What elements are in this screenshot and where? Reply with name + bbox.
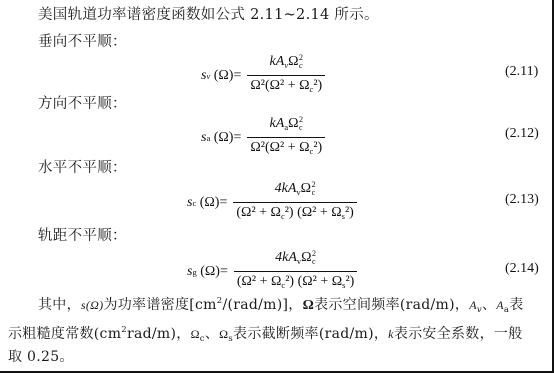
equation-lhs: sa (Ω)=	[201, 130, 241, 146]
equation-number: (2.12)	[505, 126, 539, 142]
equation-lhs: sv (Ω)=	[201, 68, 241, 84]
equation-number: (2.11)	[505, 64, 538, 80]
equation-2-12: sa (Ω)= kAaΩ2c Ω²(Ω² + Ωc²)	[201, 115, 325, 160]
numerator: 4kAvΩ2c	[272, 249, 319, 271]
denominator: Ω²(Ω² + Ωc²)	[247, 137, 325, 160]
numerator: kAaΩ2c	[267, 115, 306, 137]
equation-number: (2.13)	[505, 192, 539, 208]
document-page: 美国轨道功率谱密度函数如公式 2.11~2.14 所示。 垂向不平顺： sv (…	[0, 0, 554, 373]
explanation-line-3: 取 0.25。	[8, 348, 74, 366]
numerator: 4kAvΩ2c	[272, 180, 319, 202]
section-label-alignment: 方向不平顺：	[38, 95, 127, 113]
equation-fraction: 4kAvΩ2c (Ω² + Ωc²) (Ω² + Ωs²)	[234, 249, 357, 294]
denominator: (Ω² + Ωc²) (Ω² + Ωs²)	[234, 271, 357, 294]
equation-fraction: 4kAvΩ2c (Ω² + Ωc²) (Ω² + Ωs²)	[233, 180, 356, 225]
section-label-cross-level: 水平不平顺：	[38, 159, 127, 177]
equation-2-14: sg (Ω)= 4kAvΩ2c (Ω² + Ωc²) (Ω² + Ωs²)	[187, 249, 357, 294]
denominator: Ω²(Ω² + Ωc²)	[247, 75, 325, 98]
intro-text: 美国轨道功率谱密度函数如公式 2.11~2.14 所示。	[38, 6, 379, 24]
explanation-line-1: 其中，s(Ω)为功率谱密度[cm2/(rad/m)]，Ω表示空间频率(rad/m…	[38, 292, 524, 319]
numerator: kAvΩ2c	[267, 53, 306, 75]
equation-fraction: kAaΩ2c Ω²(Ω² + Ωc²)	[247, 115, 325, 160]
denominator: (Ω² + Ωc²) (Ω² + Ωs²)	[233, 202, 356, 225]
equation-fraction: kAvΩ2c Ω²(Ω² + Ωc²)	[247, 53, 325, 98]
explanation-line-2: 示粗糙度常数(cm2rad/m)，Ωc、Ωs表示截断频率(rad/m)，k表示安…	[8, 321, 523, 348]
equation-number: (2.14)	[505, 261, 539, 277]
section-label-gauge: 轨距不平顺：	[38, 227, 127, 245]
equation-2-13: sc (Ω)= 4kAvΩ2c (Ω² + Ωc²) (Ω² + Ωs²)	[187, 180, 357, 225]
equation-lhs: sg (Ω)=	[187, 264, 228, 280]
section-label-vertical: 垂向不平顺：	[38, 33, 127, 51]
equation-lhs: sc (Ω)=	[187, 195, 227, 211]
equation-2-11: sv (Ω)= kAvΩ2c Ω²(Ω² + Ωc²)	[201, 53, 325, 98]
